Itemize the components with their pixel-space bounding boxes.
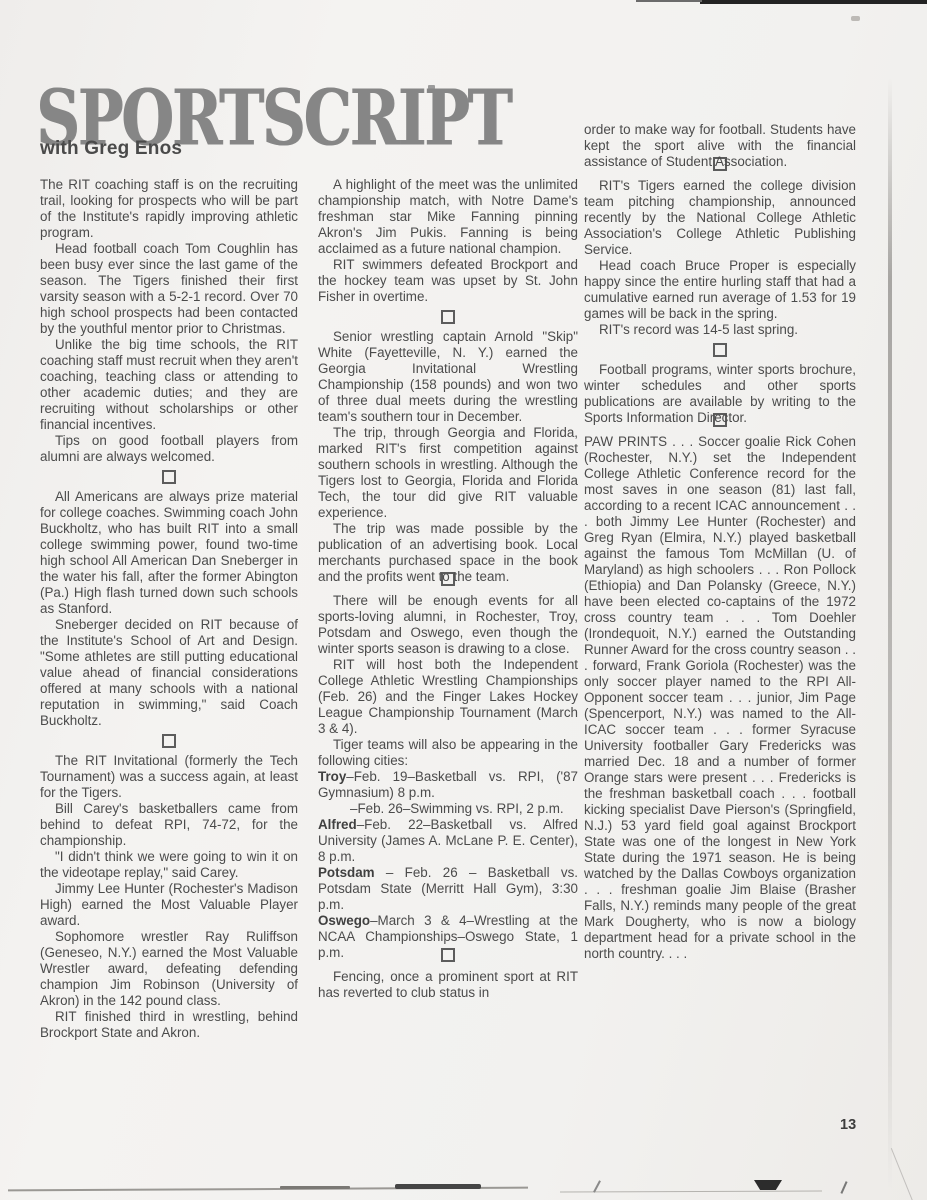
paragraph: Head football coach Tom Coughlin has bee… <box>40 241 298 337</box>
scan-artifact-bottom-line <box>560 1191 822 1193</box>
paragraph: RIT's Tigers earned the college division… <box>584 178 856 258</box>
scan-artifact-smudge <box>840 1181 847 1194</box>
paragraph: Fencing, once a prominent sport at RIT h… <box>318 969 578 1001</box>
paragraph: Unlike the big time schools, the RIT coa… <box>40 337 298 433</box>
scan-artifact-corner <box>891 1148 914 1200</box>
section-separator-icon <box>441 310 455 324</box>
schedule-entry: Troy–Feb. 19–Basketball vs. RPI, ('87 Gy… <box>318 769 578 801</box>
paragraph: The trip, through Georgia and Florida, m… <box>318 425 578 521</box>
scan-artifact-speck <box>851 16 860 21</box>
paragraph: Tiger teams will also be appearing in th… <box>318 737 578 769</box>
paragraph: Bill Carey's basketballers came from beh… <box>40 801 298 849</box>
paragraph: Jimmy Lee Hunter (Rochester's Madison Hi… <box>40 881 298 929</box>
schedule-city-label: Potsdam <box>318 865 375 880</box>
paragraph: Sophomore wrestler Ray Ruliffson (Genese… <box>40 929 298 1009</box>
paragraph: RIT will host both the Independent Colle… <box>318 657 578 737</box>
paragraph: The trip was made possible by the public… <box>318 521 578 585</box>
schedule-city-label: Troy <box>318 769 346 784</box>
scan-artifact-smudge <box>593 1180 601 1192</box>
scan-artifact-top-band <box>636 0 702 2</box>
scan-artifact-smudge <box>395 1184 481 1189</box>
schedule-city-label: Oswego <box>318 913 370 928</box>
paragraph: RIT swimmers defeated Brockport and the … <box>318 257 578 305</box>
paragraph: Football programs, winter sports brochur… <box>584 362 856 426</box>
scan-artifact-smudge <box>754 1180 782 1190</box>
magazine-page: SPORTSCRIPT with Greg Enos The RIT coach… <box>0 0 927 1200</box>
paragraph: –Feb. 26–Swimming vs. RPI, 2 p.m. <box>350 801 578 817</box>
paragraph: There will be enough events for all spor… <box>318 593 578 657</box>
paragraph: Tips on good football players from alumn… <box>40 433 298 465</box>
article-column-1: The RIT coaching staff is on the recruit… <box>40 177 298 1041</box>
paragraph: PAW PRINTS . . . Soccer goalie Rick Cohe… <box>584 434 856 962</box>
paragraph: Head coach Bruce Proper is especially ha… <box>584 258 856 322</box>
schedule-city-label: Alfred <box>318 817 357 832</box>
section-separator-icon <box>441 948 455 962</box>
paragraph: RIT finished third in wrestling, behind … <box>40 1009 298 1041</box>
paragraph: A highlight of the meet was the unlimite… <box>318 177 578 257</box>
section-separator-icon <box>162 734 176 748</box>
paragraph: order to make way for football. Students… <box>584 122 856 170</box>
paragraph: Senior wrestling captain Arnold "Skip" W… <box>318 329 578 425</box>
paragraph: All Americans are always prize material … <box>40 489 298 617</box>
paragraph: The RIT coaching staff is on the recruit… <box>40 177 298 241</box>
article-column-2: A highlight of the meet was the unlimite… <box>318 177 578 1001</box>
scan-artifact-bottom-line <box>8 1187 528 1192</box>
paragraph: RIT's record was 14-5 last spring. <box>584 322 856 338</box>
scan-artifact-page-fold <box>888 78 892 1188</box>
schedule-entry: Alfred–Feb. 22–Basketball vs. Alfred Uni… <box>318 817 578 865</box>
paragraph: "I didn't think we were going to win it … <box>40 849 298 881</box>
article-column-3: order to make way for football. Students… <box>584 122 856 962</box>
scan-artifact-smudge <box>280 1186 350 1189</box>
paragraph: Sneberger decided on RIT because of the … <box>40 617 298 729</box>
section-separator-icon <box>162 470 176 484</box>
section-separator-icon <box>713 343 727 357</box>
masthead-byline: with Greg Enos <box>40 138 182 160</box>
page-number: 13 <box>840 1117 856 1133</box>
scan-artifact-top-band <box>700 0 927 4</box>
schedule-entry: Potsdam – Feb. 26 – Basketball vs. Potsd… <box>318 865 578 913</box>
paragraph: The RIT Invitational (formerly the Tech … <box>40 753 298 801</box>
